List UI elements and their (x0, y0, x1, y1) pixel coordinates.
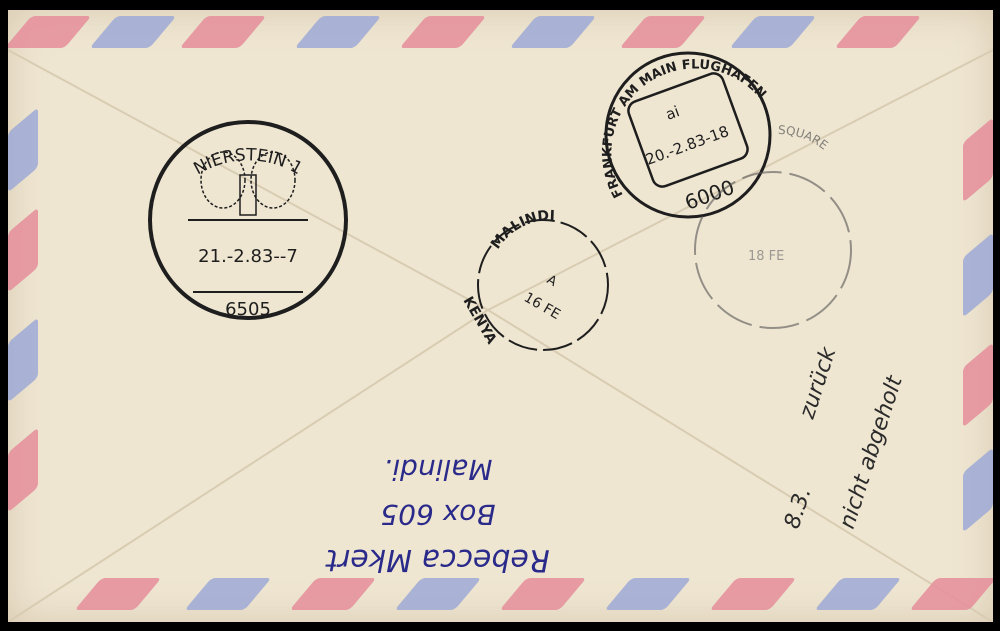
nierstein-postcode: 6505 (225, 299, 271, 320)
sender-name: Rebecca Mkert (325, 542, 550, 577)
nierstein-date: 21.-2.83--7 (198, 246, 298, 267)
frankfurt-postcode: 6000 (682, 175, 738, 215)
sender-address: Rebecca Mkert Box 605 Malindi. (325, 453, 550, 577)
square-date: 18 FE (748, 249, 784, 264)
kenya-top-text: MALINDI (488, 208, 555, 252)
note-line-1: nicht abgeholt (835, 372, 908, 532)
nierstein-top-text: NIERSTEIN 1 (190, 145, 305, 179)
frankfurt-code: ai (663, 102, 682, 123)
sender-box: Box 605 (380, 498, 495, 531)
postmarks-layer: NIERSTEIN 1 21.-2.83--7 6505 FRANKFURT A… (8, 10, 993, 622)
kenya-date: 16 FE (521, 290, 563, 323)
square-arc-text: SQUARE (778, 123, 831, 153)
envelope-back: NIERSTEIN 1 21.-2.83--7 6505 FRANKFURT A… (8, 10, 993, 622)
kenya-letter: A (544, 272, 559, 289)
note-line-2: 8.3. (780, 484, 817, 532)
frankfurt-date: 20.-2.83-18 (643, 122, 731, 169)
sender-city: Malindi. (383, 453, 492, 486)
note-line-3: zurück (795, 343, 842, 423)
